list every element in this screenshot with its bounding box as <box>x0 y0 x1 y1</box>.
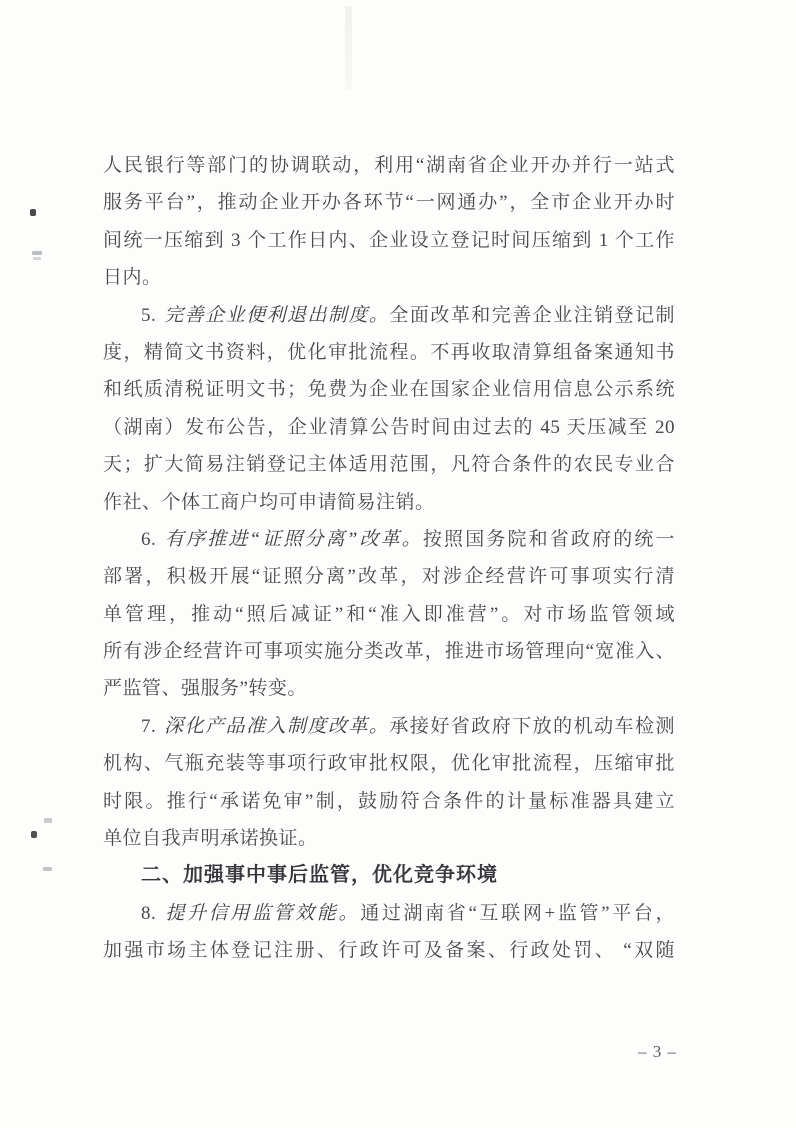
text-line: 时限。推行“承诺免审”制，鼓励符合条件的计量标准器具建立 <box>103 783 675 820</box>
scan-speck <box>30 209 36 216</box>
text-line: 所有涉企经营许可事项实施分类改革，推进市场管理向“宽准入、 <box>103 633 675 670</box>
item-number: 5. <box>141 305 156 326</box>
text-line: 间统一压缩到 3 个工作日内、企业设立登记时间压缩到 1 个工作 <box>103 222 675 259</box>
scan-speck <box>31 831 37 838</box>
text-line: 单管理，推动“照后减证”和“准入即准营”。对市场监管领域 <box>103 596 675 633</box>
paragraph-item-6: 6.有序推进“证照分离”改革。按照国务院和省政府的统一 部署，积极开展“证照分离… <box>103 521 675 708</box>
scan-speck <box>33 257 41 260</box>
item-title: 有序推进“证照分离”改革。 <box>163 529 423 550</box>
paragraph-item-8: 8.提升信用监管效能。通过湖南省“互联网+监管”平台， 加强市场主体登记注册、行… <box>103 895 675 970</box>
text-line: 6.有序推进“证照分离”改革。按照国务院和省政府的统一 <box>103 521 675 558</box>
text-line: 加强市场主体登记注册、行政许可及备案、行政处罚、 “双随 <box>103 932 675 969</box>
item-number: 6. <box>141 529 156 550</box>
text-line: 5.完善企业便利退出制度。全面改革和完善企业注销登记制 <box>103 297 675 334</box>
document-page: 人民银行等部门的协调联动，利用“湖南省企业开办并行一站式 服务平台”，推动企业开… <box>0 0 796 1128</box>
page-number: – 3 – <box>638 1041 698 1063</box>
text-line: 作社、个体工商户均可申请简易注销。 <box>103 484 675 521</box>
text-line: 度，精简文书资料，优化审批流程。不再收取清算组备案通知书 <box>103 334 675 371</box>
paragraph-item-7: 7.深化产品准入制度改革。承接好省政府下放的机动车检测 机构、气瓶充装等事项行政… <box>103 708 675 858</box>
text-line: 严监管、强服务”转变。 <box>103 670 675 707</box>
section-heading: 二、加强事中事后监管，优化竞争环境 <box>103 857 675 894</box>
item-lead-text: 通过湖南省“互联网+监管”平台， <box>360 903 675 924</box>
text-line: 8.提升信用监管效能。通过湖南省“互联网+监管”平台， <box>103 895 675 932</box>
text-line: 和纸质清税证明文书；免费为企业在国家企业信用信息公示系统 <box>103 371 675 408</box>
text-line: 单位自我声明承诺换证。 <box>103 820 675 857</box>
text-line: 人民银行等部门的协调联动，利用“湖南省企业开办并行一站式 <box>103 147 675 184</box>
text-line: 机构、气瓶充装等事项行政审批权限，优化审批流程，压缩审批 <box>103 745 675 782</box>
item-title: 深化产品准入制度改革。 <box>163 716 389 737</box>
item-title: 完善企业便利退出制度。 <box>163 305 389 326</box>
scan-speck <box>32 251 42 255</box>
item-lead-text: 承接好省政府下放的机动车检测 <box>389 716 675 737</box>
text-line: 部署，积极开展“证照分离”改革，对涉企经营许可事项实行清 <box>103 558 675 595</box>
item-number: 8. <box>141 903 156 924</box>
item-lead-text: 全面改革和完善企业注销登记制 <box>389 305 675 326</box>
paragraph-item-5: 5.完善企业便利退出制度。全面改革和完善企业注销登记制 度，精简文书资料，优化审… <box>103 297 675 521</box>
text-line: 7.深化产品准入制度改革。承接好省政府下放的机动车检测 <box>103 708 675 745</box>
scan-speck <box>43 867 52 871</box>
item-title: 提升信用监管效能。 <box>163 903 360 924</box>
item-number: 7. <box>141 716 156 737</box>
scan-speck <box>44 818 52 823</box>
text-line: （湖南）发布公告，企业清算公告时间由过去的 45 天压减至 20 <box>103 409 675 446</box>
text-line: 日内。 <box>103 259 675 296</box>
item-lead-text: 按照国务院和省政府的统一 <box>423 529 675 550</box>
scan-smudge <box>345 6 352 90</box>
document-body: 人民银行等部门的协调联动，利用“湖南省企业开办并行一站式 服务平台”，推动企业开… <box>103 147 675 970</box>
paragraph-continuation: 人民银行等部门的协调联动，利用“湖南省企业开办并行一站式 服务平台”，推动企业开… <box>103 147 675 297</box>
text-line: 天；扩大简易注销登记主体适用范围，凡符合条件的农民专业合 <box>103 446 675 483</box>
text-line: 服务平台”，推动企业开办各环节“一网通办”，全市企业开办时 <box>103 184 675 221</box>
